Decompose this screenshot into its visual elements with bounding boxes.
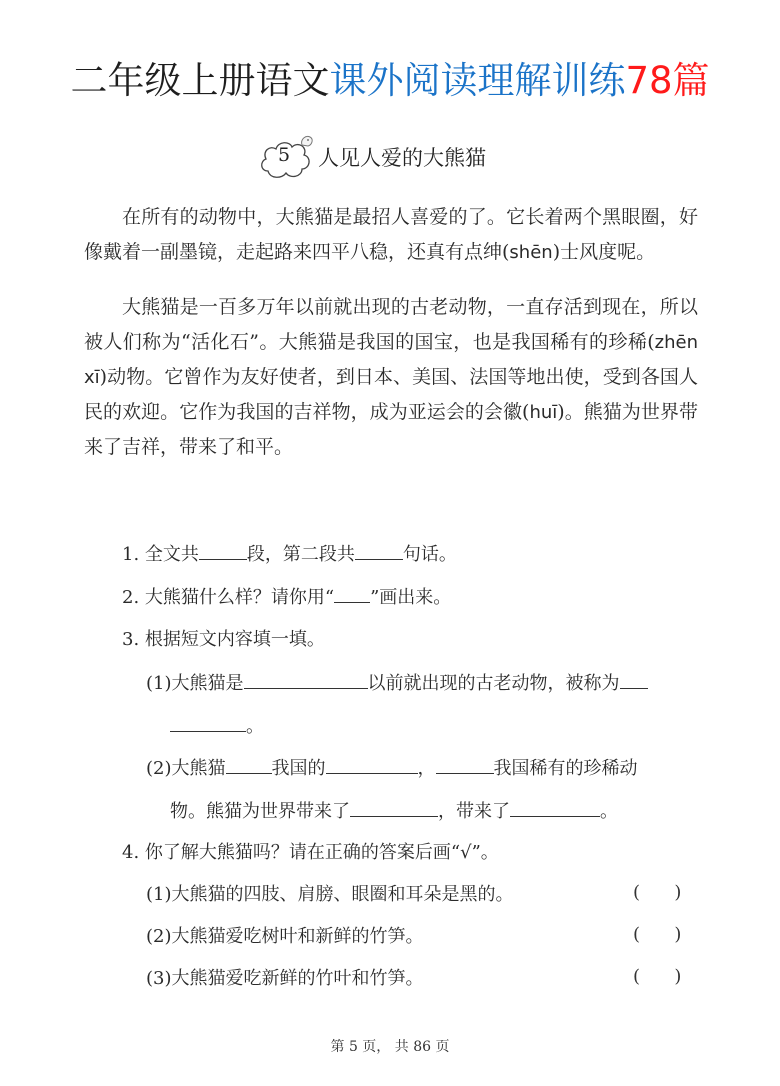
title-count: 78篇 (625, 59, 709, 102)
question-text: 2. 大熊猫什么样？请你用“ (122, 587, 334, 608)
question-text: 物。熊猫为世界带来了 (170, 801, 350, 822)
question-text: 。 (600, 801, 618, 822)
page-indicator: 第 5 页， 共 86 页 (0, 1036, 780, 1056)
question-text: 句话。 (403, 544, 457, 565)
answer-blank[interactable] (510, 796, 600, 817)
question-4-stem: 4. 你了解大熊猫吗？请在正确的答案后画“√”。 (122, 838, 499, 868)
cloud-badge-icon: 5 (258, 131, 314, 181)
question-3-sub-1: (1)大熊猫是以前就出现的古老动物，被称为 (146, 668, 648, 699)
question-text: 段，第二段共 (247, 544, 355, 565)
passage-paragraph-2: 大熊猫是一百多万年以前就出现的古老动物，一直存活到现在，所以被人们称为“活化石”… (84, 290, 698, 465)
question-text: (1)大熊猫是 (146, 673, 244, 694)
answer-blank[interactable] (350, 796, 438, 817)
question-text: 以前就出现的古老动物，被称为 (368, 673, 620, 694)
answer-blank[interactable] (620, 668, 648, 689)
question-3-sub-2: (2)大熊猫我国的，我国稀有的珍稀动 (146, 753, 638, 784)
lesson-header: 5 人见人爱的大熊猫 (258, 120, 486, 184)
answer-parentheses[interactable]: ( ) (633, 924, 681, 945)
answer-parentheses[interactable]: ( ) (633, 966, 681, 987)
question-text: ”画出来。 (370, 587, 451, 608)
question-2: 2. 大熊猫什么样？请你用“”画出来。 (122, 582, 451, 613)
answer-blank[interactable] (355, 539, 403, 560)
underline-sample (334, 582, 370, 603)
pinyin-annotation: huī (529, 402, 557, 423)
title-grade: 二年级上册语文 (70, 59, 329, 102)
question-text: 。 (246, 716, 264, 737)
lesson-number: 5 (258, 144, 310, 166)
question-4-item-2: (2)大熊猫爱吃树叶和新鲜的竹笋。 (146, 922, 424, 952)
pinyin-annotation: shēn (509, 242, 552, 263)
question-3-sub-1-cont: 。 (170, 711, 264, 742)
passage-paragraph-1: 在所有的动物中，大熊猫是最招人喜爱的了。它长着两个黑眼圈，好像戴着一副墨镜，走起… (84, 200, 698, 270)
title-subject: 课外阅读理解训练 (329, 59, 625, 102)
document-title: 二年级上册语文课外阅读理解训练78篇 (0, 56, 780, 106)
question-1: 1. 全文共段，第二段共句话。 (122, 539, 457, 570)
passage-text: 大熊猫是一百多万年以前就出现的古老动物，一直存活到现在，所以被人们称为“活化石”… (84, 296, 698, 353)
answer-blank[interactable] (244, 668, 368, 689)
answer-parentheses[interactable]: ( ) (633, 882, 681, 903)
question-text: 1. 全文共 (122, 544, 199, 565)
answer-blank[interactable] (199, 539, 247, 560)
answer-blank[interactable] (436, 753, 494, 774)
lesson-title: 人见人爱的大熊猫 (318, 142, 486, 172)
passage-text: )士风度呢。 (553, 241, 655, 263)
answer-blank[interactable] (226, 753, 272, 774)
question-4-item-3: (3)大熊猫爱吃新鲜的竹叶和竹笋。 (146, 964, 424, 994)
question-text: 我国的 (272, 758, 326, 779)
question-4-item-1: (1)大熊猫的四肢、肩膀、眼圈和耳朵是黑的。 (146, 880, 514, 910)
answer-blank[interactable] (170, 711, 246, 732)
question-3-sub-2-cont: 物。熊猫为世界带来了，带来了。 (170, 796, 618, 827)
question-text: 我国稀有的珍稀动 (494, 758, 638, 779)
answer-blank[interactable] (326, 753, 418, 774)
question-text: ，带来了 (438, 801, 510, 822)
question-text: ， (418, 758, 436, 779)
question-text: (2)大熊猫 (146, 758, 226, 779)
question-3-stem: 3. 根据短文内容填一填。 (122, 625, 325, 655)
